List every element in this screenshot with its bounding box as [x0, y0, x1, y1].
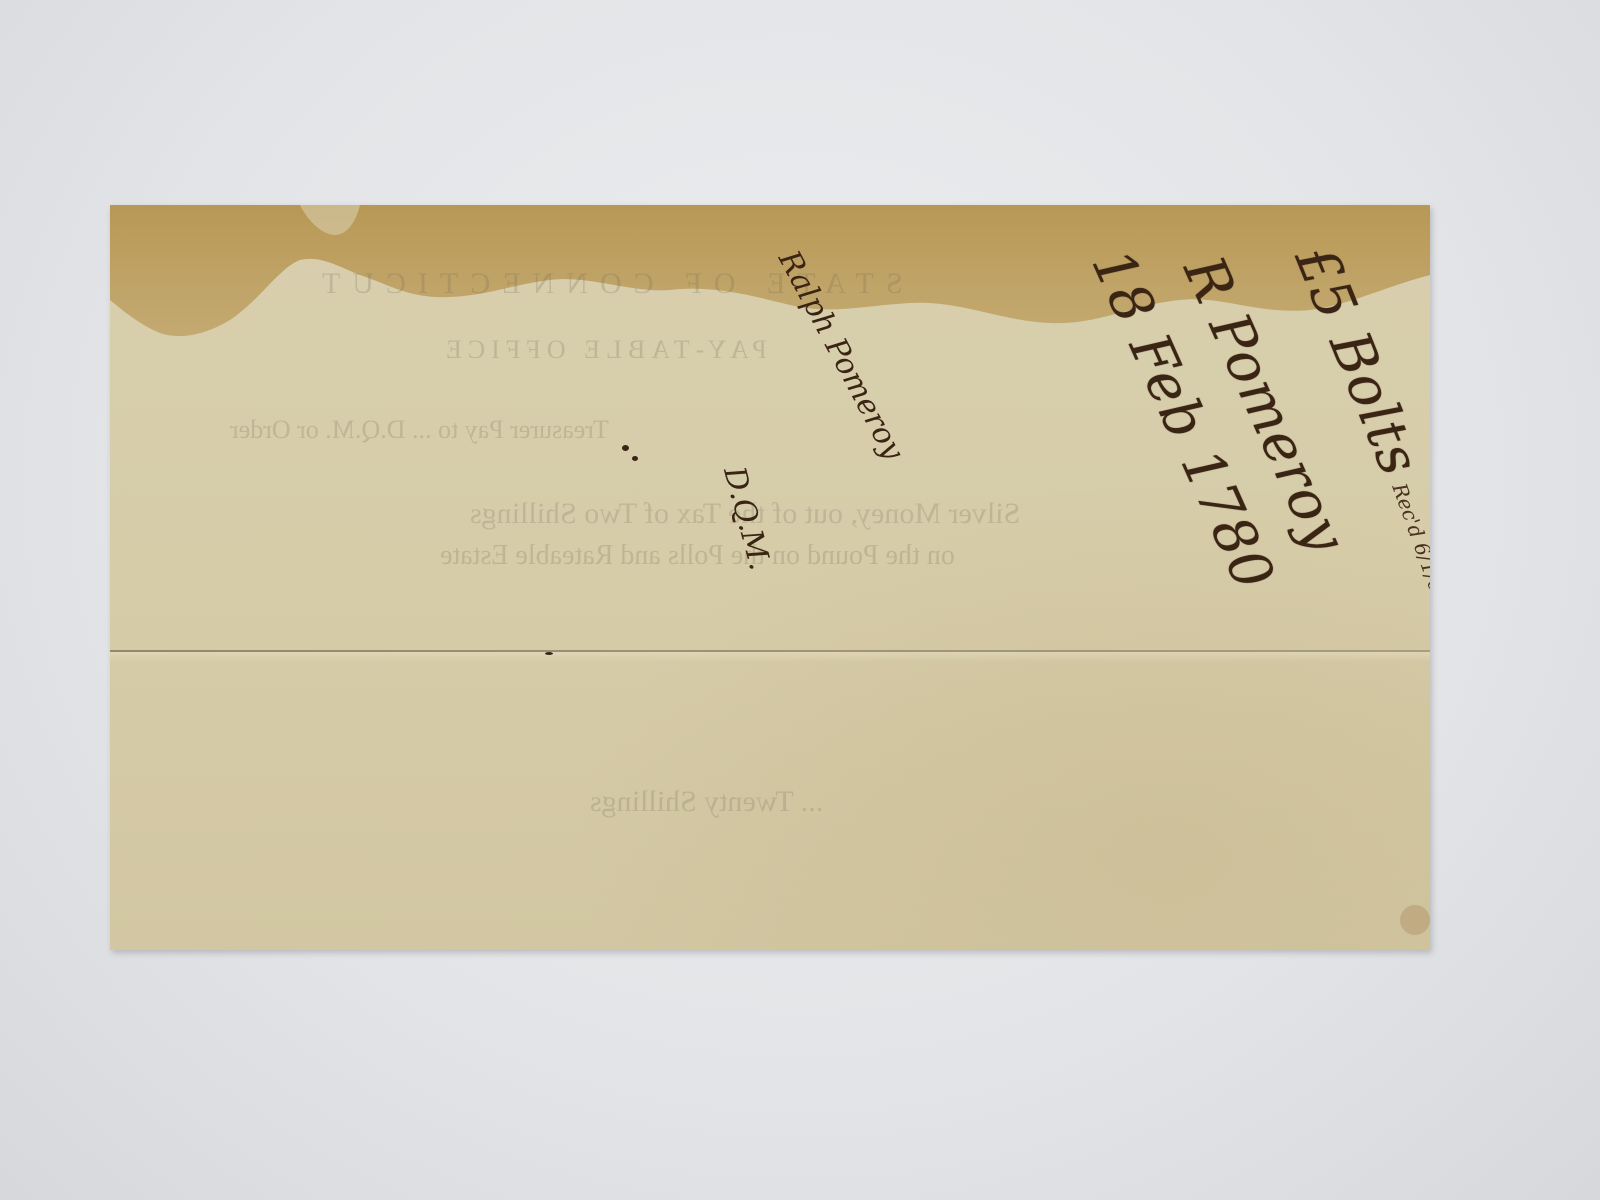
bleed-line-6: ... Twenty Shillings [590, 785, 823, 819]
fold-highlight [110, 652, 1430, 662]
marginal-note: Rec'd 6/1/05 [1387, 480, 1430, 608]
bleed-line-5: on the Pound on the Polls and Rateable E… [440, 540, 955, 572]
bleed-line-3: Treasurer Pay to ... D.Q.M. or Order [230, 415, 609, 445]
bleed-line-2: PAY-TABLE OFFICE [440, 335, 767, 365]
ink-spot [622, 445, 629, 451]
ink-spot [545, 652, 553, 655]
ink-spot [632, 456, 638, 461]
document-paper: STATE OF CONNECTICUT PAY-TABLE OFFICE Tr… [110, 205, 1430, 950]
fold-crease [110, 650, 1430, 652]
foxing-spot [1400, 905, 1430, 935]
